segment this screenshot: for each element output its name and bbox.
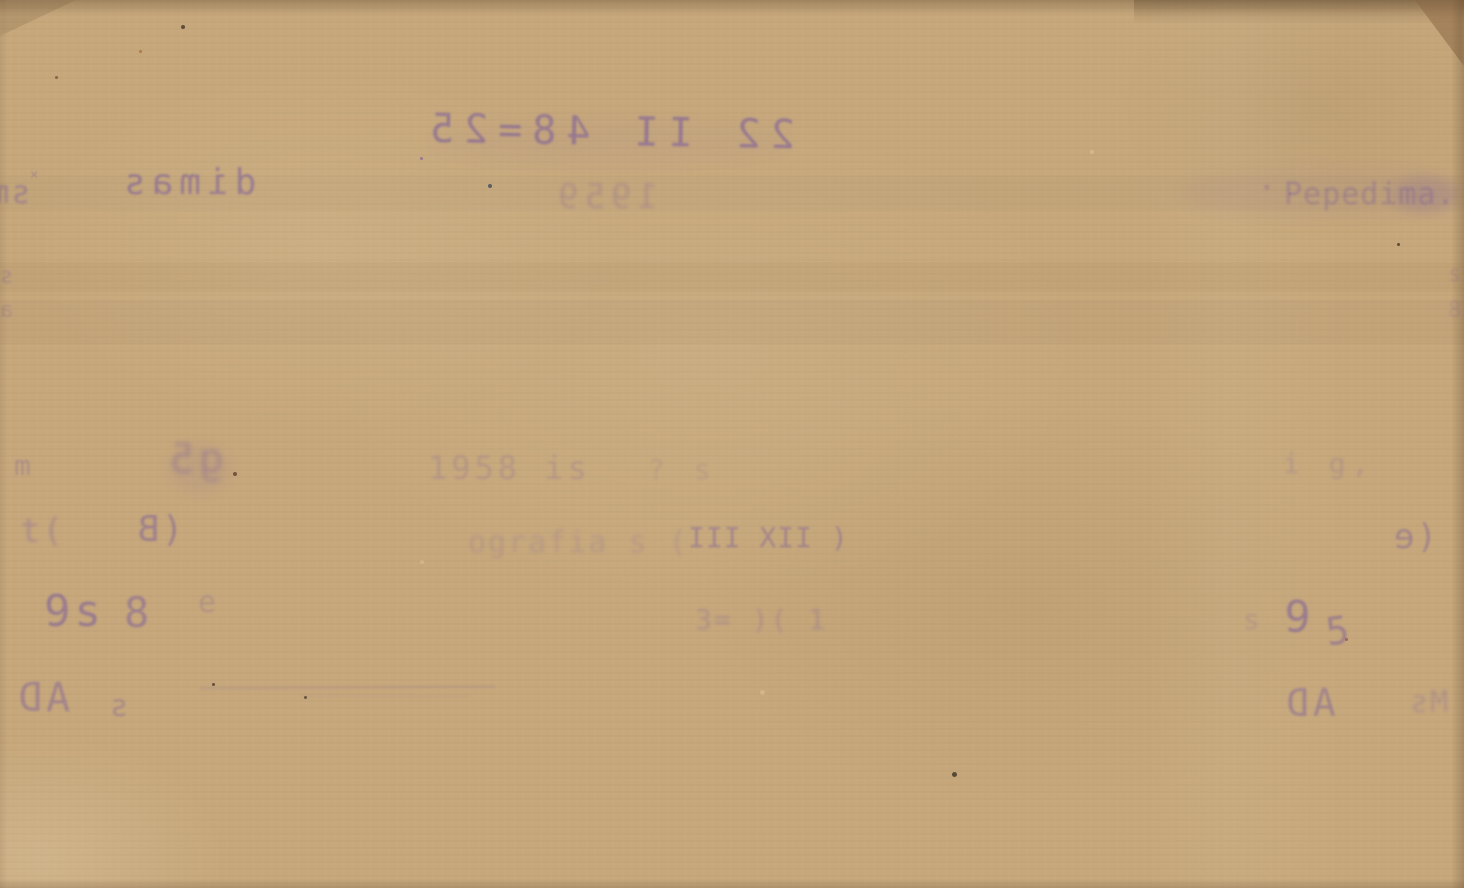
scan-edge-bottom xyxy=(0,879,1464,888)
kraft-paper-surface xyxy=(0,0,1464,888)
scan-edge-top-right xyxy=(1134,0,1464,24)
scanned-card-verso: 22 II 48=25smdimas1959Pepedima.* .×sas8m… xyxy=(0,0,1464,888)
scan-edge-left xyxy=(0,0,7,888)
scan-edge-right xyxy=(1451,0,1464,888)
